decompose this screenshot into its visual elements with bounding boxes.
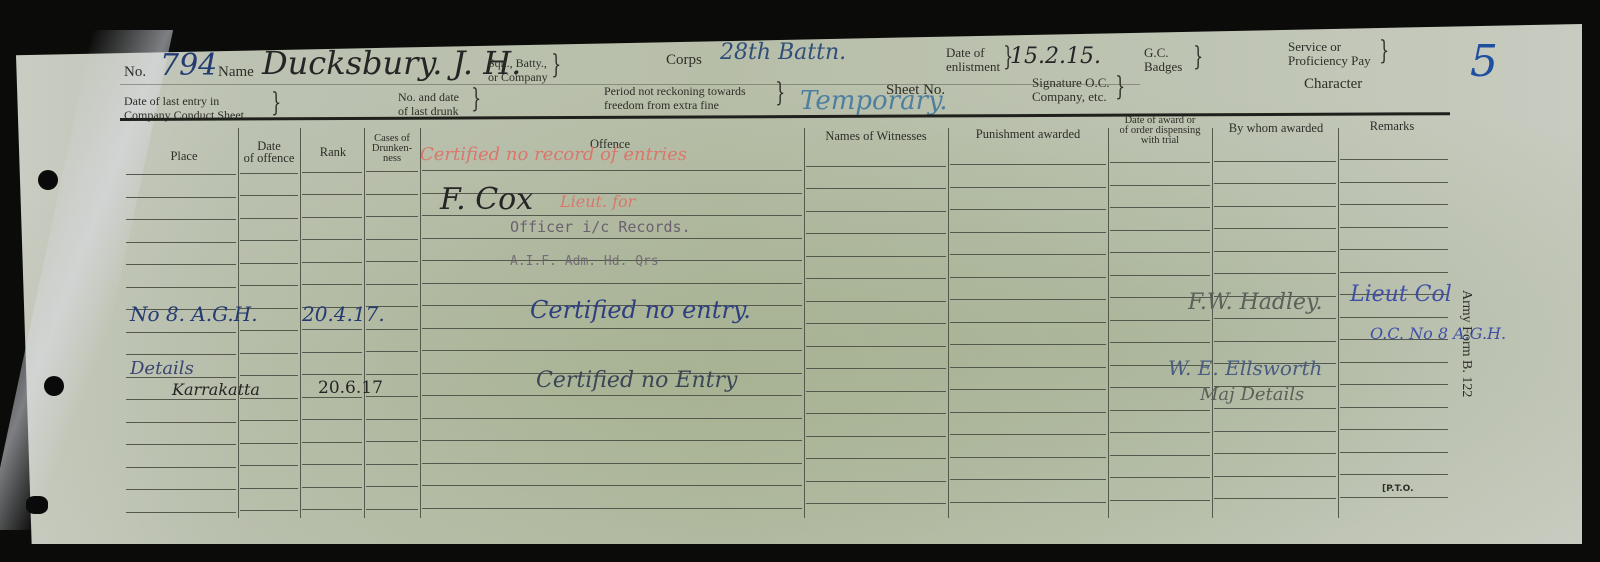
ruled-line [302, 487, 362, 488]
col-date-of-offence: Dateof offence [240, 140, 298, 164]
ruled-line [806, 458, 946, 459]
ruled-line [1340, 429, 1448, 430]
red-certification-note: Certified no record of entries [420, 144, 687, 165]
ruled-line [302, 464, 362, 465]
ruled-line [1214, 228, 1336, 229]
col-names-of-witnesses: Names of Witnesses [806, 130, 946, 142]
ruled-line [302, 352, 362, 353]
ruled-line [1214, 318, 1336, 319]
ruled-line [126, 354, 236, 355]
ruled-line [950, 187, 1106, 188]
ruled-line [240, 285, 298, 286]
ruled-line [1110, 230, 1210, 231]
enlistment-label: Date ofenlistment [946, 46, 1000, 74]
punch-hole-torn [26, 496, 48, 514]
ruled-line [240, 353, 298, 354]
punch-hole [38, 170, 58, 190]
ruled-line [302, 217, 362, 218]
row1-offence: Certified no entry. [530, 296, 751, 324]
ruled-line [302, 509, 362, 510]
row2-offence: Certified no Entry [536, 368, 737, 393]
ruled-line [950, 254, 1106, 255]
ruled-line [126, 219, 236, 220]
col-rank: Rank [304, 146, 362, 158]
brace: } [271, 90, 281, 116]
col-drunk-line3: ness [383, 153, 401, 164]
ruled-line [366, 464, 418, 465]
row2-date: 20.6.17 [318, 378, 383, 398]
row2-by-whom-title: Maj Details [1200, 384, 1304, 405]
ruled-line [950, 344, 1106, 345]
ruled-line [366, 261, 418, 262]
ruled-line [1340, 384, 1448, 385]
typed-officer-records: Officer i/c Records. [510, 218, 691, 236]
ruled-line [806, 323, 946, 324]
character-label: Character [1304, 76, 1362, 93]
ruled-line [126, 489, 236, 490]
pto-note: [P.T.O. [1382, 484, 1414, 494]
ruled-line [1340, 362, 1448, 363]
ruled-line [1214, 431, 1336, 432]
ruled-line [1214, 498, 1336, 499]
sheet-number-label: Sheet No. [886, 82, 945, 99]
ruled-line [1340, 317, 1448, 318]
service-number: 794 [160, 48, 217, 83]
ruled-line [950, 209, 1106, 210]
column-divider [1338, 128, 1339, 518]
ruled-line [422, 328, 802, 329]
ruled-line [1110, 275, 1210, 276]
ruled-line [950, 502, 1106, 503]
ruled-line [126, 174, 236, 175]
ruled-line [1110, 477, 1210, 478]
ruled-line [806, 211, 946, 212]
ruled-line [806, 301, 946, 302]
column-divider [420, 128, 421, 518]
ruled-line [950, 412, 1106, 413]
ruled-line [240, 443, 298, 444]
form-id-vertical: Army Form B. 122 [1458, 290, 1474, 397]
ruled-line [366, 284, 418, 285]
sqn-label: Sqn., Batty.,or Company [488, 56, 548, 84]
name-label: Name [218, 64, 254, 81]
ruled-line [950, 367, 1106, 368]
ruled-line [950, 164, 1106, 165]
ruled-line [422, 508, 802, 509]
col-date-of-award: Date of award orof order dispensingwith … [1108, 116, 1212, 146]
ruled-line [1340, 249, 1448, 250]
ruled-line [126, 399, 236, 400]
ruled-line [950, 322, 1106, 323]
ruled-line [806, 278, 946, 279]
ruled-line [302, 194, 362, 195]
ruled-line [422, 283, 802, 284]
ruled-line [1110, 387, 1210, 388]
ruled-line [1110, 410, 1210, 411]
ruled-line [422, 350, 802, 351]
ruled-line [950, 277, 1106, 278]
ruled-line [1214, 341, 1336, 342]
corps-value: 28th Battn. [720, 40, 846, 65]
ruled-line [1214, 408, 1336, 409]
period-line1: Period not reckoning towards [604, 84, 746, 98]
corps-label: Corps [666, 52, 702, 69]
ruled-line [366, 486, 418, 487]
brace: } [775, 80, 785, 106]
period-label: Period not reckoning towardsfreedom from… [604, 84, 746, 112]
ruled-line [422, 440, 802, 441]
soldier-name: Ducksbury. J. H. [262, 44, 521, 82]
col-award-line3: with trial [1141, 135, 1179, 146]
ruled-line [366, 216, 418, 217]
ruled-line [950, 434, 1106, 435]
ruled-line [950, 389, 1106, 390]
ruled-line [806, 188, 946, 189]
ruled-line [1110, 162, 1210, 163]
brace: } [551, 52, 561, 78]
gc-label-line2: Badges [1144, 59, 1182, 74]
ruled-line [1214, 206, 1336, 207]
ruled-line [806, 436, 946, 437]
ruled-line [302, 329, 362, 330]
ruled-line [806, 481, 946, 482]
ruled-line [240, 195, 298, 196]
ruled-line [1110, 500, 1210, 501]
ruled-line [1214, 273, 1336, 274]
ruled-line [302, 284, 362, 285]
ruled-line [422, 463, 802, 464]
ruled-line [126, 197, 236, 198]
ruled-line [366, 329, 418, 330]
col-place: Place [136, 150, 232, 162]
enlistment-date: 15.2.15. [1010, 44, 1101, 69]
ruled-line [1110, 207, 1210, 208]
brace: } [1193, 44, 1203, 70]
row1-remarks-unit: O.C. No 8 A.G.H. [1370, 324, 1506, 343]
ruled-line [366, 194, 418, 195]
column-divider [300, 128, 301, 518]
column-divider [804, 128, 805, 518]
col-remarks: Remarks [1340, 120, 1444, 132]
ruled-line [366, 441, 418, 442]
row1-remarks-rank: Lieut Col [1350, 282, 1452, 307]
ruled-line [240, 263, 298, 264]
col-date-line2: of offence [244, 151, 295, 165]
ruled-line [1340, 272, 1448, 273]
column-divider [1108, 128, 1109, 518]
service-pay-label: Service orProficiency Pay [1288, 40, 1371, 68]
enlistment-label-line1: Date of [946, 45, 985, 60]
ruled-line [1110, 320, 1210, 321]
ruled-line [1340, 182, 1448, 183]
ruled-line [806, 503, 946, 504]
ruled-line [126, 512, 236, 513]
ruled-line [1214, 476, 1336, 477]
ruled-line [302, 172, 362, 173]
ruled-line [1110, 185, 1210, 186]
ruled-line [806, 413, 946, 414]
row1-by-whom: F.W. Hadley. [1188, 290, 1323, 315]
ruled-line [1110, 252, 1210, 253]
row1-place: No 8. A.G.H. [130, 302, 258, 326]
ruled-line [1214, 183, 1336, 184]
ruled-line [366, 239, 418, 240]
ruled-line [1340, 227, 1448, 228]
ruled-line [1340, 474, 1448, 475]
ruled-line [126, 332, 236, 333]
records-officer-signature: F. Cox [440, 182, 533, 217]
ruled-line [302, 419, 362, 420]
signature-oc-label: Signature O.C.Company, etc. [1032, 76, 1110, 104]
ruled-line [240, 510, 298, 511]
row2-place-location: Karrakatta [172, 380, 260, 399]
column-divider [948, 128, 949, 518]
ruled-line [302, 442, 362, 443]
ruled-line [366, 171, 418, 172]
red-lieut-for: Lieut. for [560, 192, 635, 211]
column-divider [1212, 128, 1213, 518]
ruled-line [126, 264, 236, 265]
signature-line2: Company, etc. [1032, 89, 1107, 104]
ruled-line [1214, 453, 1336, 454]
ruled-line [302, 374, 362, 375]
ruled-line [806, 368, 946, 369]
ruled-line [1110, 342, 1210, 343]
ruled-line [366, 509, 418, 510]
ruled-line [240, 218, 298, 219]
row2-by-whom-signature: W. E. Ellsworth [1168, 356, 1322, 380]
punch-hole [44, 376, 64, 396]
sqn-label-line2: or Company [488, 70, 548, 84]
ruled-line [422, 238, 802, 239]
last-entry-line1: Date of last entry in [124, 94, 219, 108]
ruled-line [126, 422, 236, 423]
ruled-line [240, 488, 298, 489]
enlistment-label-line2: enlistment [946, 59, 1000, 74]
ruled-line [302, 239, 362, 240]
gc-label-line1: G.C. [1144, 45, 1169, 60]
last-drunk-label: No. and dateof last drunk [398, 90, 459, 118]
gc-badges-label: G.C.Badges [1144, 46, 1182, 74]
sqn-label-line1: Sqn., Batty., [488, 56, 547, 70]
ruled-line [950, 299, 1106, 300]
service-label-line1: Service or [1288, 39, 1341, 54]
signature-line1: Signature O.C. [1032, 75, 1110, 90]
ruled-line [1110, 455, 1210, 456]
ruled-line [240, 173, 298, 174]
ruled-line [422, 485, 802, 486]
col-by-whom-awarded: By whom awarded [1214, 122, 1338, 134]
ruled-line [126, 242, 236, 243]
ruled-line [1110, 432, 1210, 433]
row2-place-details: Details [130, 358, 194, 379]
ruled-line [240, 375, 298, 376]
ruled-line [240, 465, 298, 466]
ruled-line [806, 256, 946, 257]
character-mark: 5 [1470, 36, 1498, 87]
ruled-line [1214, 161, 1336, 162]
ruled-line [366, 374, 418, 375]
brace: } [471, 86, 481, 112]
ruled-line [422, 395, 802, 396]
ruled-line [126, 467, 236, 468]
ruled-line [1340, 407, 1448, 408]
ruled-line [1340, 497, 1448, 498]
last-drunk-line1: No. and date [398, 90, 459, 104]
ruled-line [1214, 251, 1336, 252]
ruled-line [1340, 204, 1448, 205]
ruled-line [806, 391, 946, 392]
ruled-line [806, 166, 946, 167]
ruled-line [806, 233, 946, 234]
ruled-line [1340, 452, 1448, 453]
ruled-line [126, 287, 236, 288]
brace: } [1115, 74, 1125, 100]
no-label: No. [124, 64, 146, 81]
col-cases-of-drunkenness: Cases ofDrunken-ness [366, 134, 418, 164]
service-label-line2: Proficiency Pay [1288, 53, 1371, 68]
ruled-line [950, 457, 1106, 458]
ruled-line [422, 170, 802, 171]
ruled-line [950, 479, 1106, 480]
ruled-line [1340, 159, 1448, 160]
period-line2: freedom from extra fine [604, 98, 719, 112]
ruled-line [240, 420, 298, 421]
row1-date: 20.4.17. [302, 302, 385, 326]
ruled-line [240, 240, 298, 241]
ruled-line [950, 232, 1106, 233]
ruled-line [366, 419, 418, 420]
ruled-line [302, 262, 362, 263]
ruled-line [366, 351, 418, 352]
ruled-line [422, 418, 802, 419]
ruled-line [806, 346, 946, 347]
ruled-line [240, 330, 298, 331]
typed-aif-hq: A.I.F. Adm. Hd. Qrs [510, 254, 659, 269]
ruled-line [126, 444, 236, 445]
brace: } [1379, 38, 1389, 64]
col-punishment-awarded: Punishment awarded [950, 128, 1106, 140]
